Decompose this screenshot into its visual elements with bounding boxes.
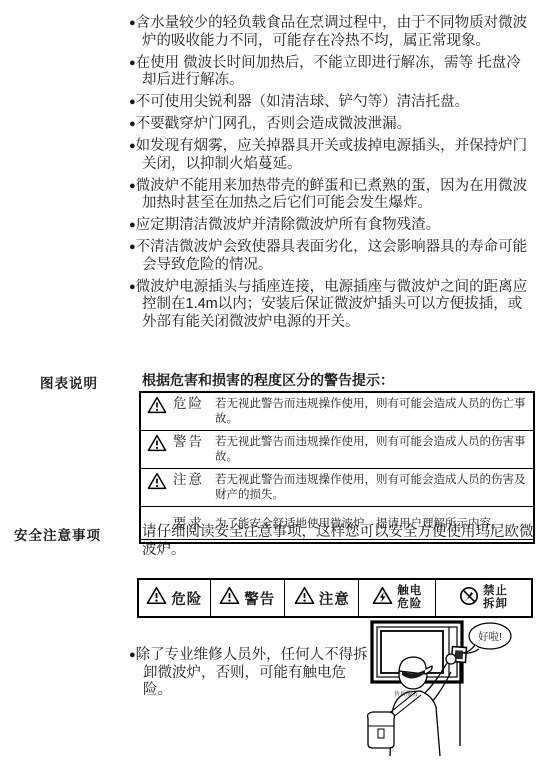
warning-level-description: 若无视此警告而违规操作使用，则有可能会造成人员的伤害事故。	[215, 433, 529, 465]
warning-level-description: 若无视此警告而违规操作使用，则有可能会造成人员的伤亡事故。	[215, 395, 529, 427]
technician-illustration: 好啦! 售后服务	[356, 614, 541, 772]
table-row: 警告 若无视此警告而违规操作使用，则有可能会造成人员的伤害事故。	[141, 430, 533, 468]
safety-intro-text: 请仔细阅读安全注意事项，这样您可以安全方便使用玛尼欧微波炉。	[142, 523, 541, 559]
symbol-label-line: 禁止	[483, 585, 508, 598]
speech-bubble: 好啦!	[463, 623, 511, 653]
symbol-cell-no-disassembly: 禁止 拆卸	[435, 580, 531, 616]
symbol-label-line: 触电	[397, 585, 422, 598]
precaution-list: 含水量较少的轻负载食品在烹调过程中，由于不同物质对微波炉的吸收能力不同，可能存在…	[129, 15, 531, 336]
no-disassemble-circle-icon	[459, 586, 479, 611]
symbol-label-line: 危险	[397, 598, 422, 611]
list-item: 含水量较少的轻负载食品在烹调过程中，由于不同物质对微波炉的吸收能力不同，可能存在…	[129, 15, 531, 50]
symbol-label-line: 拆卸	[483, 598, 508, 611]
warning-levels-heading: 根据危害和损害的程度区分的警告提示：	[142, 370, 394, 390]
list-item: 不要戳穿炉门网孔，否则会造成微波泄漏。	[129, 116, 531, 134]
symbol-cell-caution: 注意	[284, 580, 358, 616]
warning-levels-table: 危险 若无视此警告而违规操作使用，则有可能会造成人员的伤亡事故。 警告 若无视此…	[139, 391, 535, 544]
warning-level-label: 注意	[173, 471, 215, 488]
manual-page: 含水量较少的轻负载食品在烹调过程中，由于不同物质对微波炉的吸收能力不同，可能存在…	[0, 0, 541, 772]
warning-level-label: 危险	[173, 395, 215, 412]
electric-shock-triangle-icon	[372, 586, 393, 610]
list-item: 应定期清洁微波炉并清除微波炉所有食物残渣。	[129, 217, 531, 235]
list-item: 微波炉电源插头与插座连接，电源插座与微波炉之间的距离应控制在1.4m以内；安装后…	[129, 279, 531, 332]
no-disassembly-note: 除了专业维修人员外，任何人不得拆卸微波炉，否则，可能有触电危险。	[129, 647, 368, 700]
symbol-label: 禁止 拆卸	[483, 585, 508, 611]
warning-level-description: 若无视此警告而违规操作使用，则有可能会造成人员的伤害及财产的损失。	[215, 471, 529, 503]
side-label-diagram-legend: 图表说明	[40, 372, 98, 392]
warning-triangle-icon	[147, 395, 173, 419]
side-label-safety-precautions: 安全注意事项	[14, 524, 101, 544]
technician-illustration-drawing: 好啦! 售后服务	[356, 614, 541, 772]
symbol-cell-warning: 警告	[210, 580, 284, 616]
symbol-cell-electric-shock: 触电 危险	[358, 580, 434, 616]
warning-triangle-icon	[147, 471, 173, 495]
warning-triangle-icon	[294, 586, 315, 610]
symbol-label: 警告	[244, 588, 275, 609]
list-item: 微波炉不能用来加热带壳的鲜蛋和已煮熟的蛋，因为在用微波加热时甚至在加热之后它们可…	[129, 178, 531, 213]
speech-bubble-text: 好啦!	[478, 630, 502, 643]
warning-triangle-icon	[219, 586, 240, 610]
table-row: 注意 若无视此警告而违规操作使用，则有可能会造成人员的伤害及财产的损失。	[141, 468, 533, 506]
symbol-label: 触电 危险	[397, 585, 422, 611]
list-item: 如发现有烟雾，应关掉器具开关或拔掉电源插头，并保持炉门关闭，以抑制火焰蔓延。	[129, 138, 531, 173]
symbol-label: 注意	[319, 588, 350, 609]
list-item: 在使用 微波长时间加热后，不能立即进行解冻，需等 托盘冷却后进行解冻。	[129, 55, 531, 90]
bag-label-text: 售后服务	[394, 690, 418, 698]
warning-triangle-icon	[146, 586, 167, 610]
symbol-cell-danger: 危险	[139, 580, 210, 616]
hazard-symbols-table: 危险 警告 注意 触电 危险	[137, 578, 533, 618]
empty-icon-cell	[147, 515, 173, 516]
table-row: 危险 若无视此警告而违规操作使用，则有可能会造成人员的伤亡事故。	[141, 393, 533, 430]
warning-level-label: 警告	[173, 433, 215, 450]
list-item: 不可使用尖锐利器（如清洁球、铲勺等）清洁托盘。	[129, 94, 531, 112]
symbol-label: 危险	[171, 588, 202, 609]
list-item: 不清洁微波炉会致使器具表面劣化，这会影响器具的寿命可能会导致危险的情况。	[129, 239, 531, 274]
warning-triangle-icon	[147, 433, 173, 457]
